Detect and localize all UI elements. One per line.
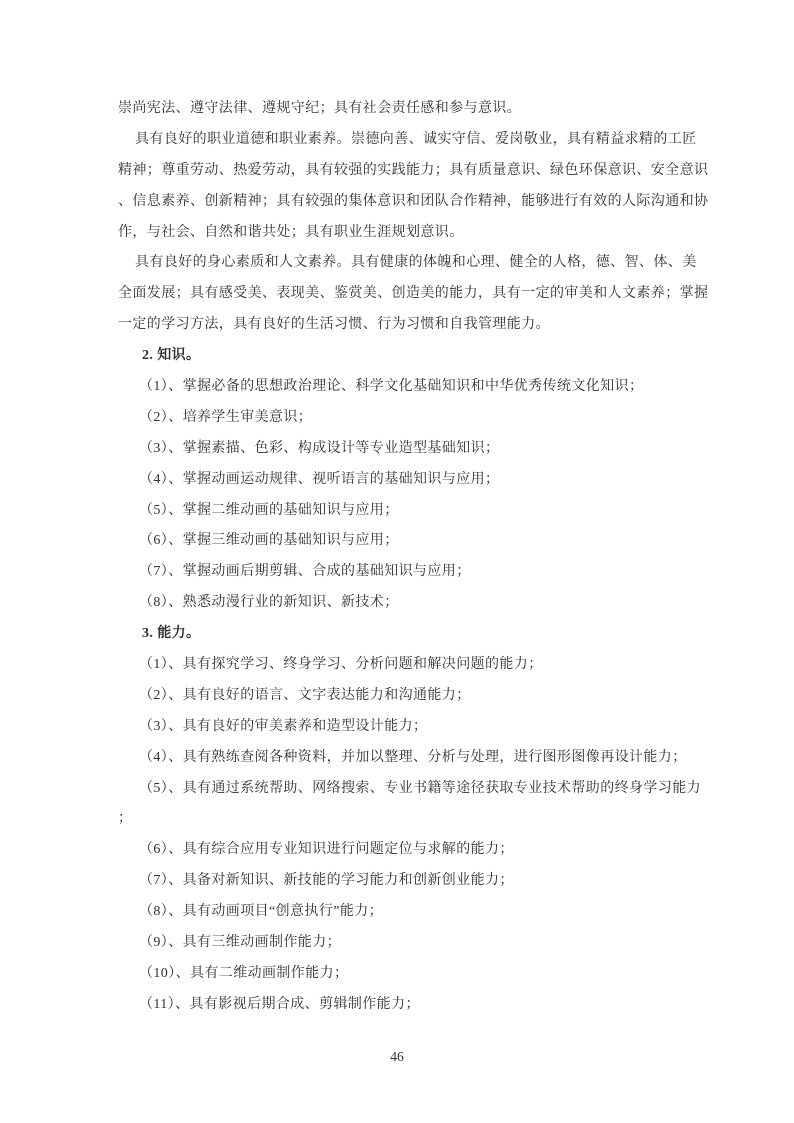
text-line: 崇尚宪法、遵守法律、遵规守纪；具有社会责任感和参与意识。 [118,94,718,125]
text-line: 全面发展；具有感受美、表现美、鉴赏美、创造美的能力，具有一定的审美和人文素养；掌… [118,279,718,310]
text-line: 作，与社会、自然和谐共处；具有职业生涯规划意识。 [118,218,718,249]
text-line: ； [118,804,718,835]
text-line: （8）、熟悉动漫行业的新知识、新技术； [118,588,718,619]
document-body: 崇尚宪法、遵守法律、遵规守纪；具有社会责任感和参与意识。具有良好的职业道德和职业… [118,94,718,1021]
text-line: （7）、具备对新知识、新技能的学习能力和创新创业能力； [118,866,718,897]
text-line: （5）、掌握二维动画的基础知识与应用； [118,496,718,527]
text-line: 、信息素养、创新精神；具有较强的集体意识和团队合作精神，能够进行有效的人际沟通和… [118,187,718,218]
text-line: （5）、具有通过系统帮助、网络搜索、专业书籍等途径获取专业技术帮助的终身学习能力 [118,774,718,805]
text-line: 具有良好的身心素质和人文素养。具有健康的体魄和心理、健全的人格，德、智、体、美 [118,248,718,279]
text-line: （6）、掌握三维动画的基础知识与应用； [118,526,718,557]
document-page: 崇尚宪法、遵守法律、遵规守纪；具有社会责任感和参与意识。具有良好的职业道德和职业… [0,0,794,1123]
text-line: （2）、具有良好的语言、文字表达能力和沟通能力； [118,681,718,712]
text-line: （3）、具有良好的审美素养和造型设计能力； [118,712,718,743]
text-line: 一定的学习方法，具有良好的生活习惯、行为习惯和自我管理能力。 [118,310,718,341]
text-line: （10）、具有二维动画制作能力； [118,959,718,990]
text-line: （7）、掌握动画后期剪辑、合成的基础知识与应用； [118,557,718,588]
text-line: （3）、掌握素描、色彩、构成设计等专业造型基础知识； [118,434,718,465]
text-line: （11）、具有影视后期合成、剪辑制作能力； [118,990,718,1021]
text-line: （1）、具有探究学习、终身学习、分析问题和解决问题的能力； [118,650,718,681]
text-line: 精神；尊重劳动、热爱劳动，具有较强的实践能力；具有质量意识、绿色环保意识、安全意… [118,156,718,187]
section-heading: 3. 能力。 [118,619,718,650]
text-line: 具有良好的职业道德和职业素养。崇德向善、诚实守信、爱岗敬业，具有精益求精的工匠 [118,125,718,156]
text-line: （4）、掌握动画运动规律、视听语言的基础知识与应用； [118,465,718,496]
text-line: （6）、具有综合应用专业知识进行问题定位与求解的能力； [118,835,718,866]
text-line: （9）、具有三维动画制作能力； [118,928,718,959]
text-line: （1）、掌握必备的思想政治理论、科学文化基础知识和中华优秀传统文化知识； [118,372,718,403]
page-number: 46 [0,1049,794,1065]
text-line: （2）、培养学生审美意识； [118,403,718,434]
text-line: （4）、具有熟练查阅各种资料，并加以整理、分析与处理，进行图形图像再设计能力； [118,743,718,774]
text-line: （8）、具有动画项目“创意执行”能力； [118,897,718,928]
section-heading: 2. 知识。 [118,341,718,372]
